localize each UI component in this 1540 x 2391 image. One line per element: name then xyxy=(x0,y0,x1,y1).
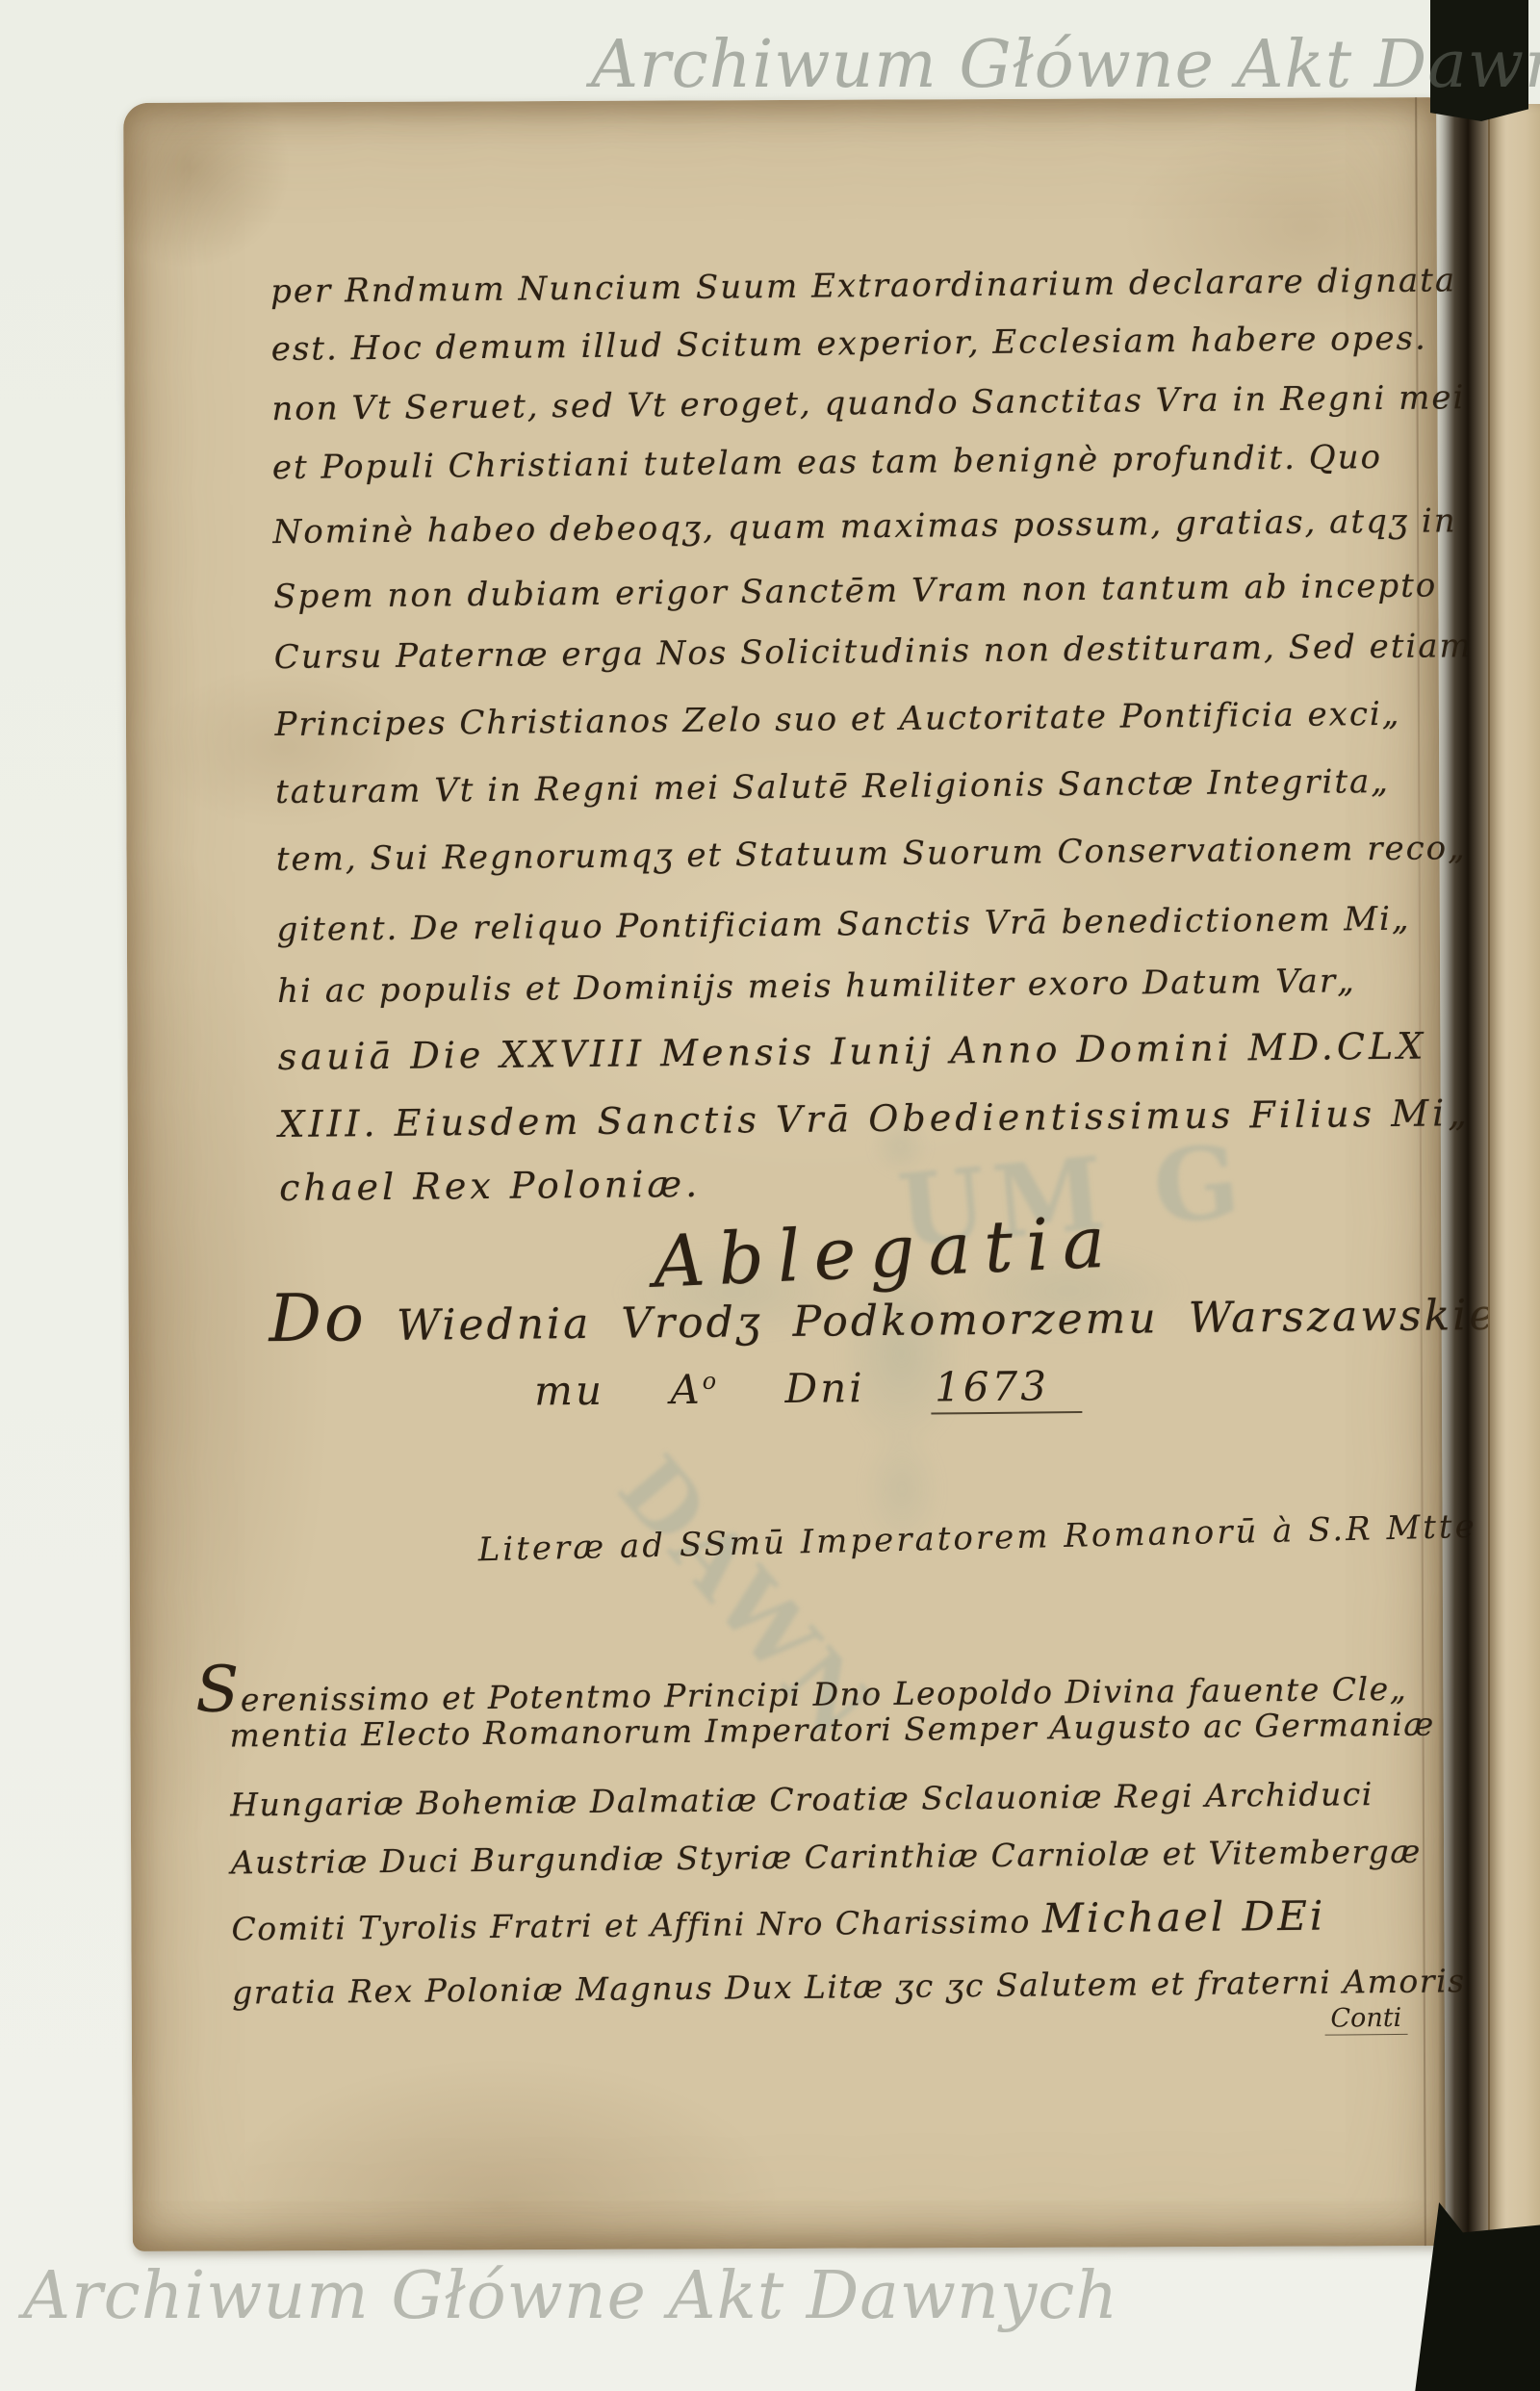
date-dni: Dni xyxy=(784,1364,865,1412)
date-anno-sup: o xyxy=(703,1368,720,1395)
date-year: 1673 xyxy=(931,1362,1082,1415)
facing-page-edge xyxy=(1488,104,1540,2245)
catchword-conti: Conti xyxy=(1324,2003,1407,2036)
archive-watermark-bottom: Archiwum Główne Akt Dawnych xyxy=(23,2258,1118,2334)
archive-watermark-top: Archiwum Główne Akt Dawnych xyxy=(591,27,1540,103)
manuscript-line: per Rndmum Nuncium Suum Extraordinarium … xyxy=(270,261,1456,311)
manuscript-line: chael Rex Poloniæ. xyxy=(279,1163,702,1209)
manuscript-line: XIII. Eiusdem Sanctis Vrā Obedientissimu… xyxy=(278,1092,1471,1145)
manuscript-line: Comiti Tyrolis Fratri et Affini Nro Char… xyxy=(231,1892,1325,1950)
manuscript-line: taturam Vt in Regni mei Salutē Religioni… xyxy=(275,762,1390,811)
manuscript-line: gitent. De reliquo Pontificiam Sanctis V… xyxy=(276,900,1410,949)
handwritten-text-layer: per Rndmum Nuncium Suum Extraordinarium … xyxy=(117,94,1450,2255)
date-anno: Ao xyxy=(670,1366,719,1413)
manuscript-line: Hungariæ Bohemiæ Dalmatiæ Croatiæ Sclauo… xyxy=(230,1775,1373,1823)
manuscript-line: Principes Christianos Zelo suo et Auctor… xyxy=(274,695,1400,744)
manuscript-page: UM G DAWN per Rndmum Nuncium Suum Extrao… xyxy=(123,97,1446,2251)
king-name-emphasized: Michael DEi xyxy=(1042,1892,1326,1942)
manuscript-line: sauiā Die XXVIII Mensis Iunij Anno Domin… xyxy=(278,1025,1427,1078)
line5-text: Comiti Tyrolis Fratri et Affini Nro Char… xyxy=(231,1902,1042,1947)
section-heading-ablegatia: Ablegatia xyxy=(652,1200,1120,1303)
heading-date-line: mu Ao Dni 1673 xyxy=(534,1362,1082,1414)
manuscript-line: gratia Rex Poloniæ Magnus Dux Litæ ʒc ʒc… xyxy=(232,1962,1466,2011)
manuscript-line: Spem non dubiam erigor Sanctēm Vram non … xyxy=(273,566,1437,616)
manuscript-line: Nominè habeo debeoqʒ, quam maximas possu… xyxy=(272,501,1456,552)
manuscript-line: non Vt Seruet, sed Vt eroget, quando San… xyxy=(271,378,1465,428)
heading-do-initial: Do xyxy=(269,1280,367,1357)
date-prefix: mu xyxy=(534,1367,604,1415)
manuscript-line: tem, Sui Regnorumqʒ et Statuum Suorum Co… xyxy=(276,829,1467,879)
manuscript-line: est. Hoc demum illud Scitum experior, Ec… xyxy=(271,320,1427,370)
heading-destination-text: Wiednia Vrodʒ Podkomorzemu Warszawskie„ xyxy=(397,1291,1523,1350)
manuscript-line: Cursu Paternæ erga Nos Solicitudinis non… xyxy=(274,627,1473,677)
manuscript-line: Austriæ Duci Burgundiæ Styriæ Carinthiæ … xyxy=(231,1833,1422,1882)
manuscript-line: et Populi Christiani tutelam eas tam ben… xyxy=(272,438,1382,487)
book-gutter-shadow xyxy=(1438,96,1490,2245)
heading-destination-line: Do Wiednia Vrodʒ Podkomorzemu Warszawski… xyxy=(269,1291,1522,1351)
letter-caption: Literæ ad SSmū Imperatorem Romanorū à S.… xyxy=(477,1507,1477,1569)
manuscript-line: hi ac populis et Dominijs meis humiliter… xyxy=(277,962,1356,1011)
